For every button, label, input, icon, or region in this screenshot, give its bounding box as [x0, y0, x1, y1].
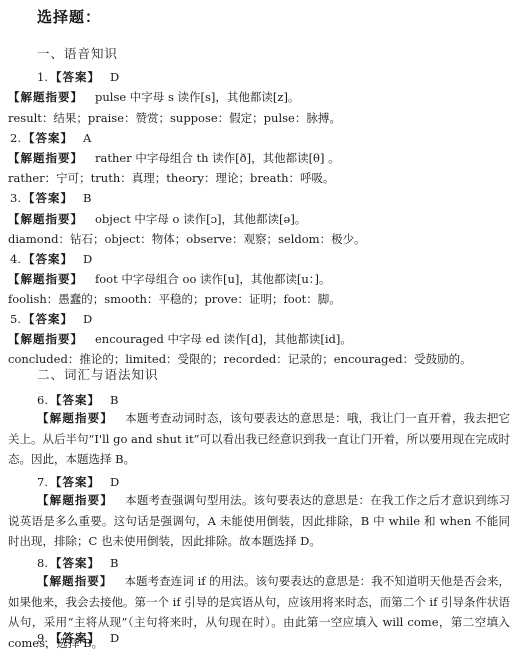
explain-line: 【解题指要】encouraged 中字母 ed 读作[d]，其他都读[id]。	[8, 331, 510, 347]
explain-label: 【解题指要】	[8, 272, 83, 286]
question-number: 5.	[10, 312, 21, 326]
answer-line: 7.【答案】D	[37, 474, 510, 490]
answer-line: 3.【答案】B	[10, 190, 510, 206]
explain-text: rather 中字母组合 th 读作[ð]，其他都读[θ] 。	[95, 151, 340, 165]
explain-paragraph: 【解题指要】本题考查动词时态，该句要表达的意思是：哦，我让门一直开着，我去把它关…	[8, 408, 510, 470]
explain-paragraph: 【解题指要】本题考查强调句型用法。该句要表达的意思是：在我工作之后才意识到练习说…	[8, 490, 510, 552]
answer-line: 8.【答案】B	[37, 555, 510, 571]
explain-line: 【解题指要】pulse 中字母 s 读作[s]，其他都读[z]。	[8, 89, 510, 105]
question-number: 2.	[10, 131, 21, 145]
vocab-line: rather：宁可；truth：真理；theory：理论；breath：呼吸。	[8, 170, 510, 186]
explain-label: 【解题指要】	[8, 90, 83, 104]
answer-label: 【答案】	[23, 131, 73, 145]
explain-line: 【解题指要】rather 中字母组合 th 读作[ð]，其他都读[θ] 。	[8, 150, 510, 166]
answer-value: D	[110, 70, 119, 84]
answer-label: 【答案】	[23, 252, 73, 266]
answer-line: 2.【答案】A	[10, 130, 510, 146]
answer-line: 5.【答案】D	[10, 311, 510, 327]
answer-line: 6.【答案】B	[37, 392, 510, 408]
explain-line: 【解题指要】foot 中字母组合 oo 读作[u]，其他都读[u：]。	[8, 271, 510, 287]
answer-value: B	[110, 393, 118, 407]
answer-value: D	[110, 475, 119, 489]
explain-text: foot 中字母组合 oo 读作[u]，其他都读[u：]。	[95, 272, 331, 286]
explain-line: 【解题指要】object 中字母 o 读作[ɔ]，其他都读[ə]。	[8, 211, 510, 227]
question-number: 8.	[37, 556, 48, 570]
answer-line: 1.【答案】D	[37, 69, 510, 85]
explain-text: object 中字母 o 读作[ɔ]，其他都读[ə]。	[95, 212, 306, 226]
answer-line: 4.【答案】D	[10, 251, 510, 267]
document-page: 选择题： 一、语音知识 1.【答案】D 【解题指要】pulse 中字母 s 读作…	[0, 0, 520, 649]
answer-value: D	[83, 312, 92, 326]
answer-value: D	[110, 631, 119, 645]
question-number: 6.	[37, 393, 48, 407]
page-title: 选择题：	[37, 6, 101, 27]
answer-line: 9.【答案】D	[37, 630, 510, 646]
explain-label: 【解题指要】	[37, 411, 113, 425]
explain-label: 【解题指要】	[8, 332, 83, 346]
answer-value: D	[83, 252, 92, 266]
question-number: 9.	[37, 631, 48, 645]
answer-label: 【答案】	[23, 312, 73, 326]
explain-label: 【解题指要】	[37, 493, 113, 507]
answer-label: 【答案】	[50, 393, 100, 407]
question-number: 7.	[37, 475, 48, 489]
answer-label: 【答案】	[50, 631, 100, 645]
question-number: 4.	[10, 252, 21, 266]
answer-value: B	[110, 556, 118, 570]
explain-label: 【解题指要】	[8, 151, 83, 165]
explain-text: pulse 中字母 s 读作[s]，其他都读[z]。	[95, 90, 299, 104]
explain-text: encouraged 中字母 ed 读作[d]，其他都读[id]。	[95, 332, 352, 346]
section-heading-vocab-grammar: 二、词汇与语法知识	[37, 365, 159, 383]
explain-label: 【解题指要】	[37, 574, 112, 588]
answer-value: B	[83, 191, 91, 205]
vocab-line: diamond：钻石；object：物体；observe：观察；seldom：极…	[8, 231, 510, 247]
explain-label: 【解题指要】	[8, 212, 83, 226]
answer-label: 【答案】	[23, 191, 73, 205]
section-heading-phonetics: 一、语音知识	[37, 44, 118, 62]
answer-label: 【答案】	[50, 70, 100, 84]
vocab-line: foolish：愚蠢的；smooth：平稳的；prove：证明；foot：脚。	[8, 291, 510, 307]
question-number: 1.	[37, 70, 48, 84]
answer-value: A	[83, 131, 91, 145]
question-number: 3.	[10, 191, 21, 205]
answer-label: 【答案】	[50, 556, 100, 570]
answer-label: 【答案】	[50, 475, 100, 489]
vocab-line: result：结果；praise：赞赏；suppose：假定；pulse：脉搏。	[8, 110, 510, 126]
